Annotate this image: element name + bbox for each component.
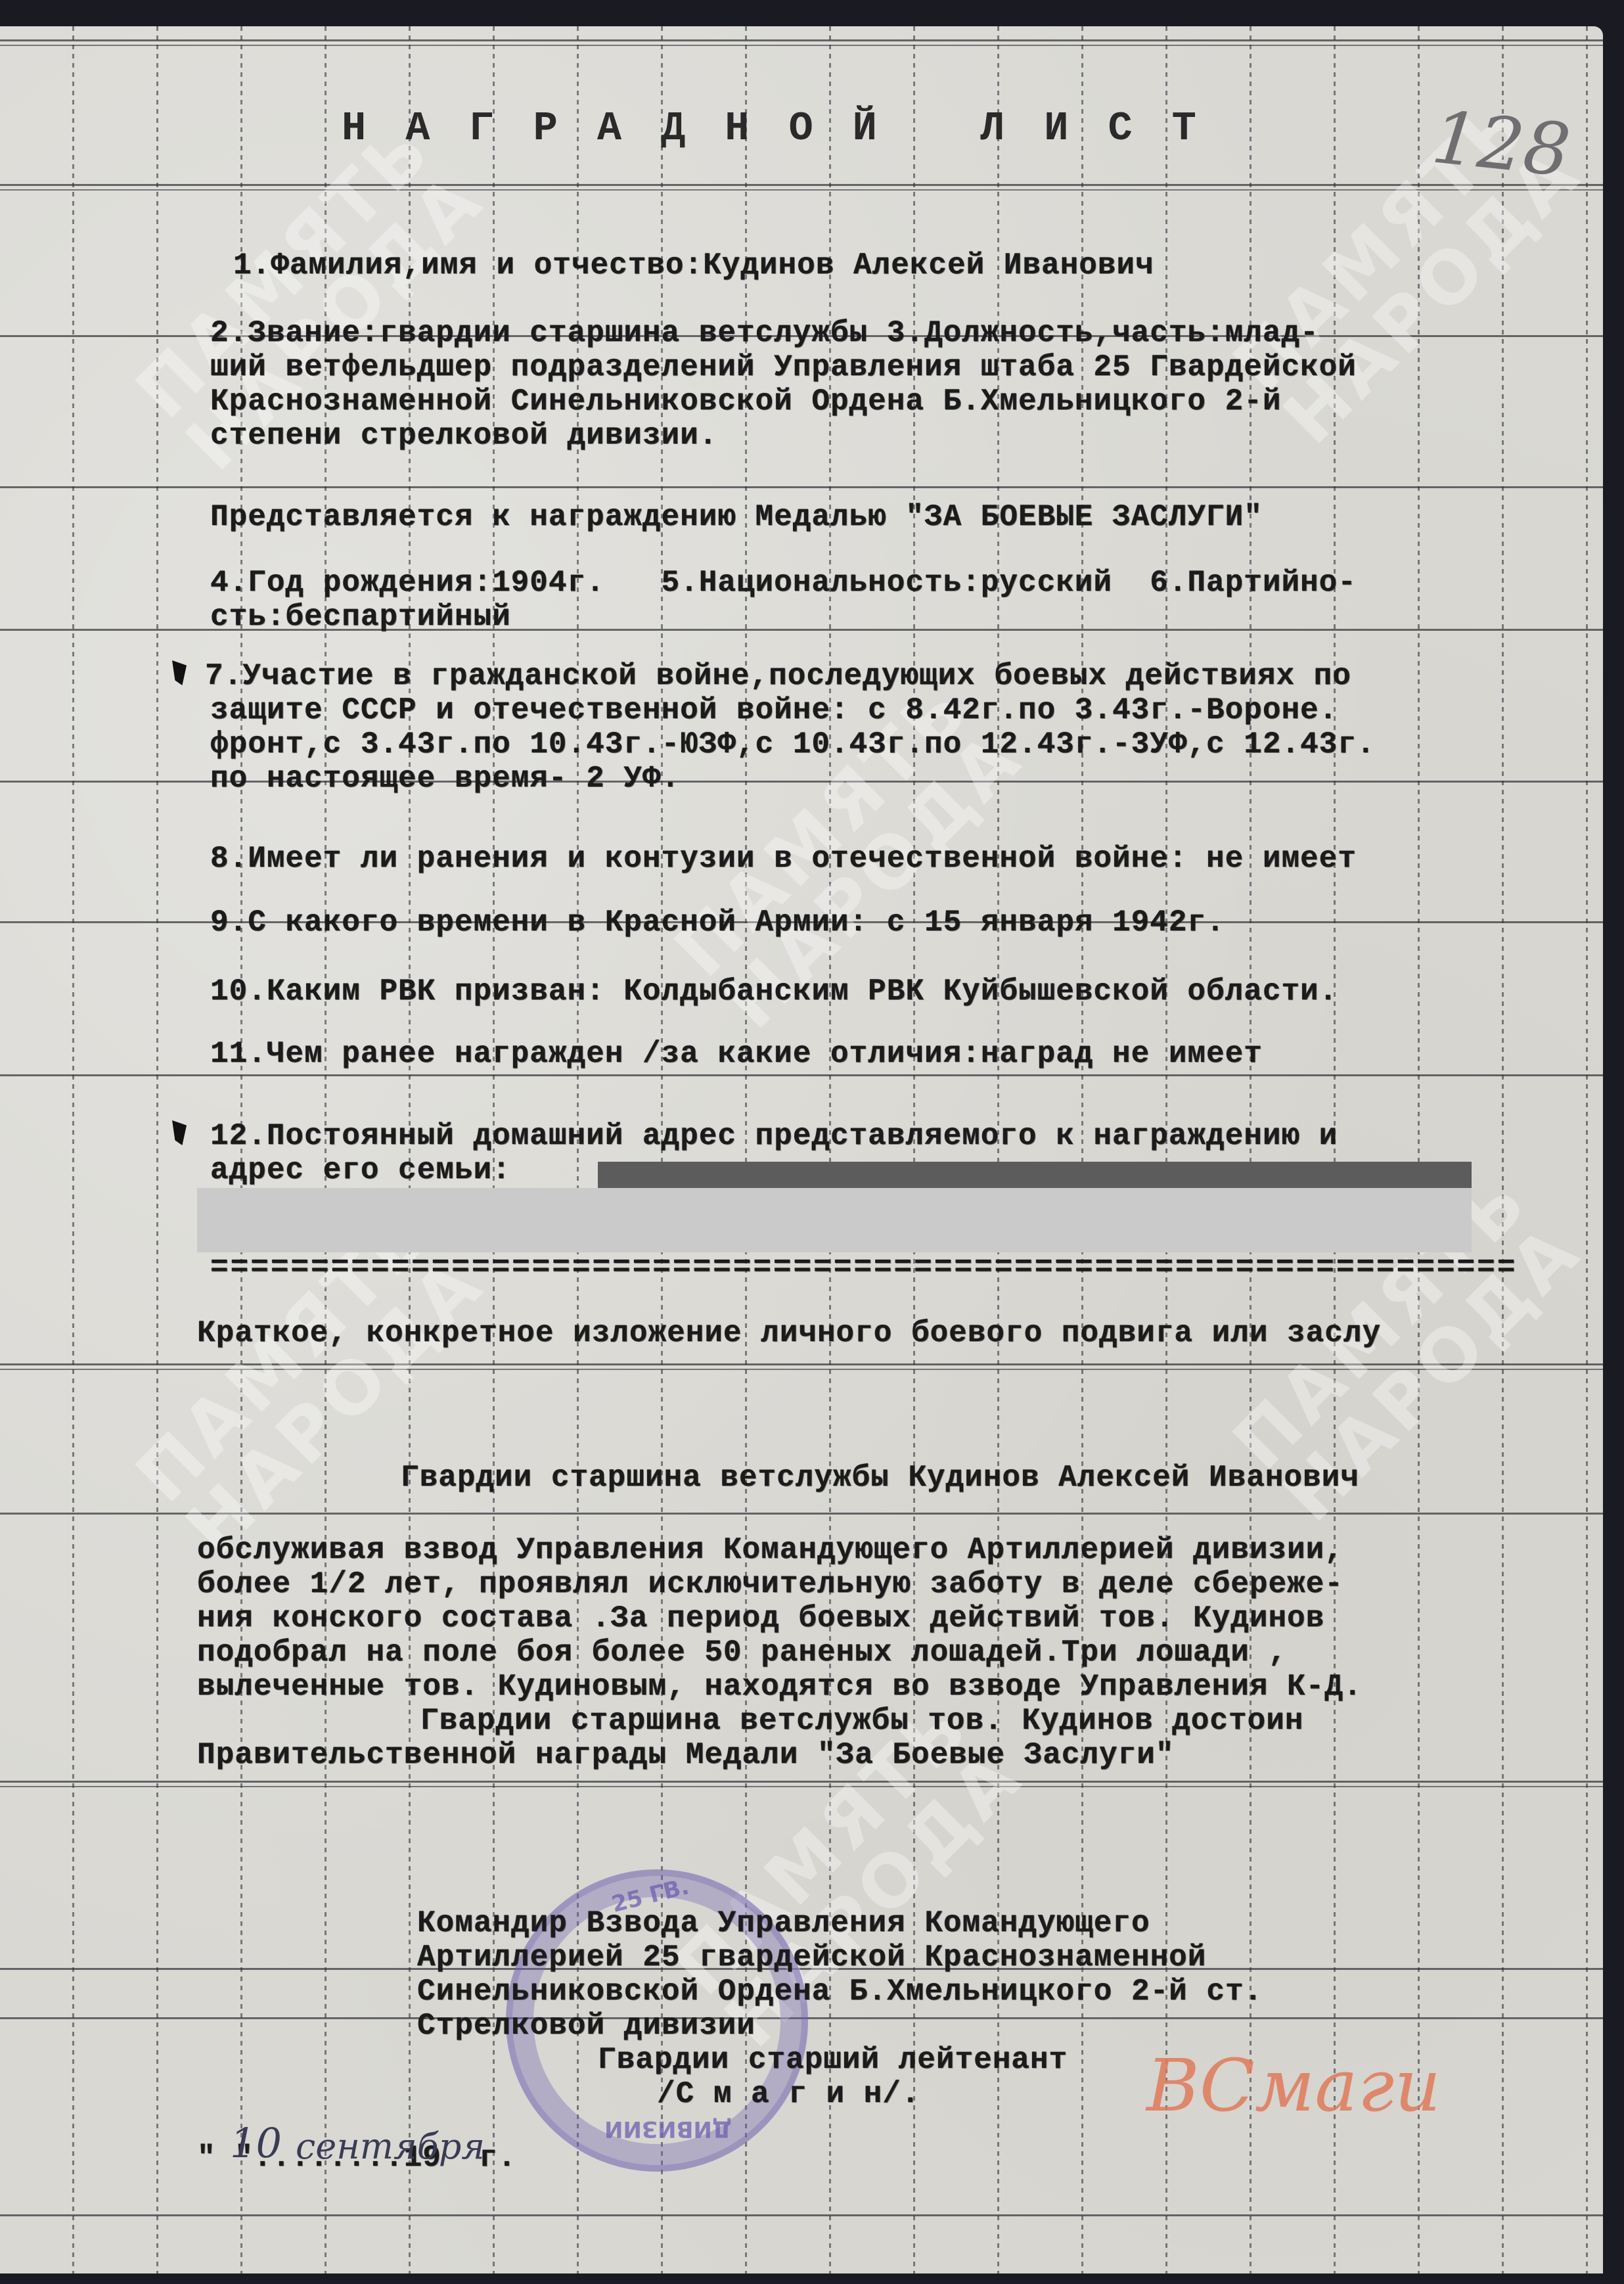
field-birth-nationality-party: 4.Год рождения:1904г. 5.Национальность:р… xyxy=(210,564,1357,602)
field-address-line2: адрес его семьи: xyxy=(210,1151,511,1189)
field-party-cont: сть:беспартийный xyxy=(210,598,511,636)
field-combat-record-line1: 7.Участие в гражданской войне,последующи… xyxy=(205,657,1351,695)
field-combat-record-line2: защите СССР и отечественной войне: с 8.4… xyxy=(210,691,1338,729)
date-day-handwritten: 10 xyxy=(230,2119,282,2167)
rule xyxy=(0,184,1603,191)
narrative-conclusion: Правительственной награды Медали "За Бое… xyxy=(197,1736,1174,1774)
field-wounds: 8.Имеет ли ранения и контузии в отечеств… xyxy=(210,840,1357,878)
field-rank-position-line3: Краснознаменной Синельниковской Ордена Б… xyxy=(210,382,1281,421)
field-conscripted-by: 10.Каким РВК призван: Колдыбанским РВК К… xyxy=(210,972,1338,1011)
signatory-line: Артиллерией 25 гвардейской Краснознаменн… xyxy=(417,1938,1206,1976)
narrative-conclusion: Гвардии старшина ветслужбы тов. Кудинов … xyxy=(420,1702,1303,1740)
separator-line: ========================================… xyxy=(210,1248,1517,1287)
rule xyxy=(0,486,1603,488)
rule xyxy=(0,1363,1603,1370)
field-rank-position-line2: ший ветфельдшер подразделений Управления… xyxy=(210,348,1357,386)
narrative-line: вылеченные тов. Кудиновым, находятся во … xyxy=(197,1668,1362,1706)
field-combat-record-line3: фронт,с 3.43г.по 10.43г.-ЮЗФ,с 10.43г.по… xyxy=(210,725,1375,764)
stamp-text-bottom: ДИВИЗИИ xyxy=(604,2116,732,2142)
archive-page-number: 128 xyxy=(1428,95,1574,193)
rule xyxy=(0,39,1603,46)
summary-heading: Краткое, конкретное изложение личного бо… xyxy=(197,1314,1381,1352)
signatory-name: /С м а г и н/. xyxy=(657,2075,920,2113)
award-sheet: ПАМЯТЬНАРОДА ПАМЯТЬНАРОДА ПАМЯТЬНАРОДА П… xyxy=(0,26,1603,2273)
margin-mark xyxy=(172,660,187,685)
field-rank-position-line1: 2.Звание:гвардии старшина ветслужбы 3.До… xyxy=(210,314,1319,352)
date-month-handwritten: сентября xyxy=(296,2126,485,2167)
rule xyxy=(0,1074,1603,1076)
document-title: НАГРАДНОЙ ЛИСТ xyxy=(342,105,1236,152)
handwritten-signature: ВСмаги xyxy=(1146,2044,1441,2128)
rule xyxy=(0,1513,1603,1515)
signatory-line: Командир Взвода Управления Командующего xyxy=(417,1904,1150,1942)
signatory-rank: Гвардии старший лейтенант xyxy=(598,2041,1068,2079)
rule xyxy=(0,1781,1603,1787)
margin-mark xyxy=(172,1120,187,1145)
narrative-line: обслуживая взвод Управления Командующего… xyxy=(197,1531,1343,1569)
redacted-address xyxy=(598,1162,1472,1188)
narrative-intro: Гвардии старшина ветслужбы Кудинов Алекс… xyxy=(401,1459,1359,1497)
narrative-line: ния конского состава .За период боевых д… xyxy=(197,1599,1324,1637)
signatory-line: Синельниковской Ордена Б.Хмельницкого 2-… xyxy=(417,1973,1263,2011)
rule xyxy=(0,2214,1603,2216)
signatory-line: Стрелковой дивизии xyxy=(417,2007,756,2045)
narrative-line: подобрал на поле боя более 50 раненых ло… xyxy=(197,1633,1287,1672)
narrative-line: более 1/2 лет, проявлял исключительную з… xyxy=(197,1565,1343,1603)
field-service-since: 9.С какого времени в Красной Армии: с 15… xyxy=(210,903,1225,942)
field-combat-record-line4: по настоящее время- 2 УФ. xyxy=(210,760,680,798)
redacted-area xyxy=(197,1188,1472,1252)
field-previous-awards: 11.Чем ранее награжден /за какие отличия… xyxy=(210,1035,1263,1073)
field-full-name: 1.Фамилия,имя и отчество:Кудинов Алексей… xyxy=(233,246,1154,285)
nomination-line: Представляется к награждению Медалью "ЗА… xyxy=(210,498,1263,536)
field-rank-position-line4: степени стрелковой дивизии. xyxy=(210,417,717,455)
field-address-line1: 12.Постоянный домашний адрес представляе… xyxy=(210,1117,1338,1155)
